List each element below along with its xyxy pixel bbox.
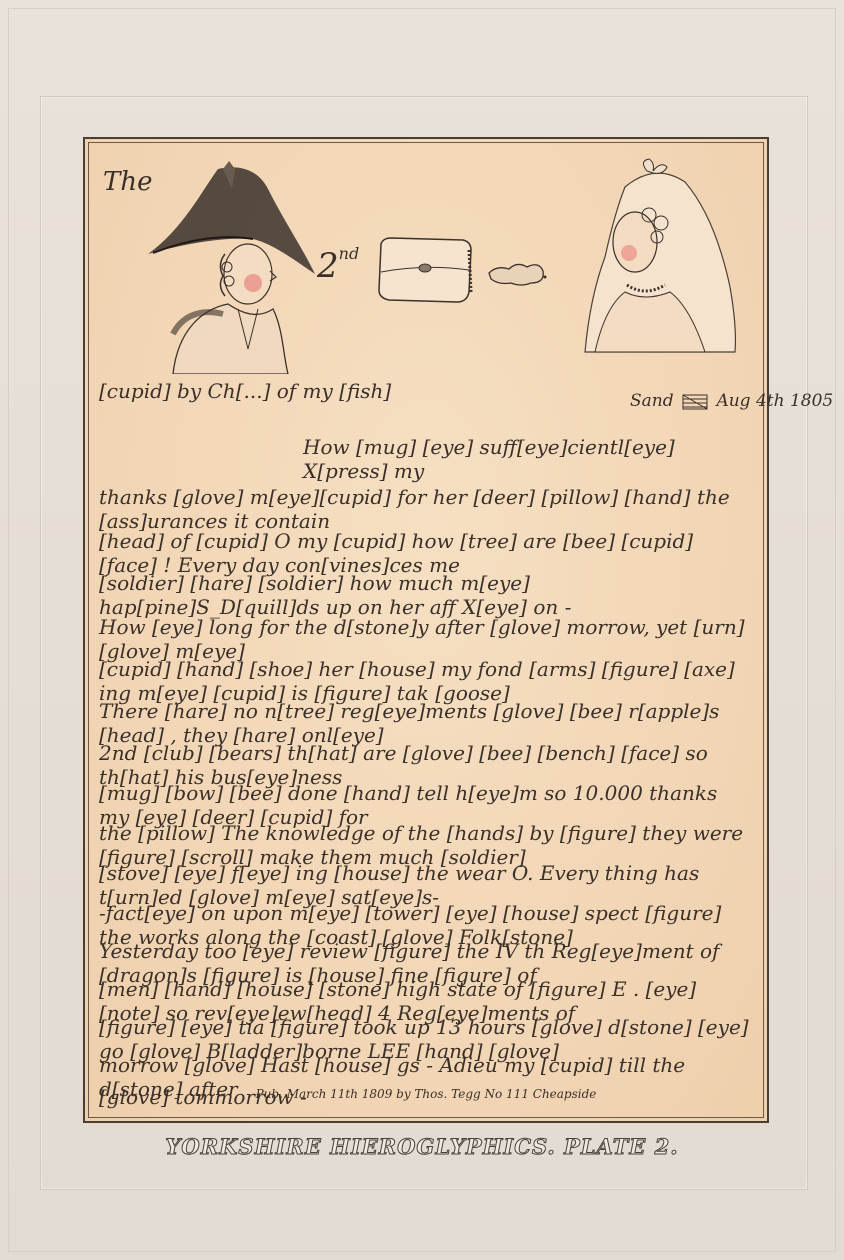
letter-line: [men] [hand] [house] [stone] high state …	[99, 977, 753, 1015]
pillow-icon	[375, 234, 475, 306]
letter-line: thanks [glove] m[eye][cupid] for her [de…	[99, 485, 753, 523]
letter-line: How [mug] [eye] suff[eye]cientl[eye] X[p…	[303, 435, 753, 473]
letter-line: 2nd [club] [bears] th[hat] are [glove] […	[99, 741, 753, 779]
ordinal-number: 2nd	[317, 244, 359, 286]
letter-line: [head] of [cupid] O my [cupid] how [tree…	[99, 529, 753, 567]
letter-line: -fact[eye] on upon m[eye] [tower] [eye] …	[99, 901, 753, 939]
woman-in-veil-portrait-icon	[565, 157, 745, 357]
paper-sheet: The 2nd	[0, 0, 844, 1260]
letter-line: [mug] [bow] [bee] done [hand] tell h[eye…	[99, 781, 753, 819]
letter-line: Yesterday too [eye] review [figure] the …	[99, 939, 753, 977]
letter-line: [figure] [eye] tia [figure] took up 13 h…	[99, 1015, 753, 1053]
publication-line: Pub. March 11th 1809 by Thos. Tegg No 11…	[85, 1087, 767, 1101]
engraved-plate: The 2nd	[83, 137, 769, 1123]
letter-line: [cupid] by Ch[...] of my [fish]	[99, 379, 753, 417]
ordinal-suffix: nd	[339, 244, 360, 263]
glove-icon	[487, 257, 547, 291]
print-title: YORKSHIRE HIEROGLYPHICS. PLATE 2.	[0, 1134, 844, 1159]
man-in-bicorne-portrait-icon	[143, 159, 318, 374]
letter-line: [stove] [eye] f[eye] ing [house] the wea…	[99, 861, 753, 899]
letter-line: [cupid] [hand] [shoe] her [house] my fon…	[99, 657, 753, 695]
letter-line: How [eye] long for the d[stone]y after […	[99, 615, 753, 653]
ordinal-digit: 2	[317, 246, 339, 286]
letter-line: There [hare] no n[tree] reg[eye]ments [g…	[99, 699, 753, 737]
letter-line: [soldier] [hare] [soldier] how much m[ey…	[99, 571, 753, 609]
letter-line: the [pillow] The knowledge of the [hands…	[99, 821, 753, 859]
